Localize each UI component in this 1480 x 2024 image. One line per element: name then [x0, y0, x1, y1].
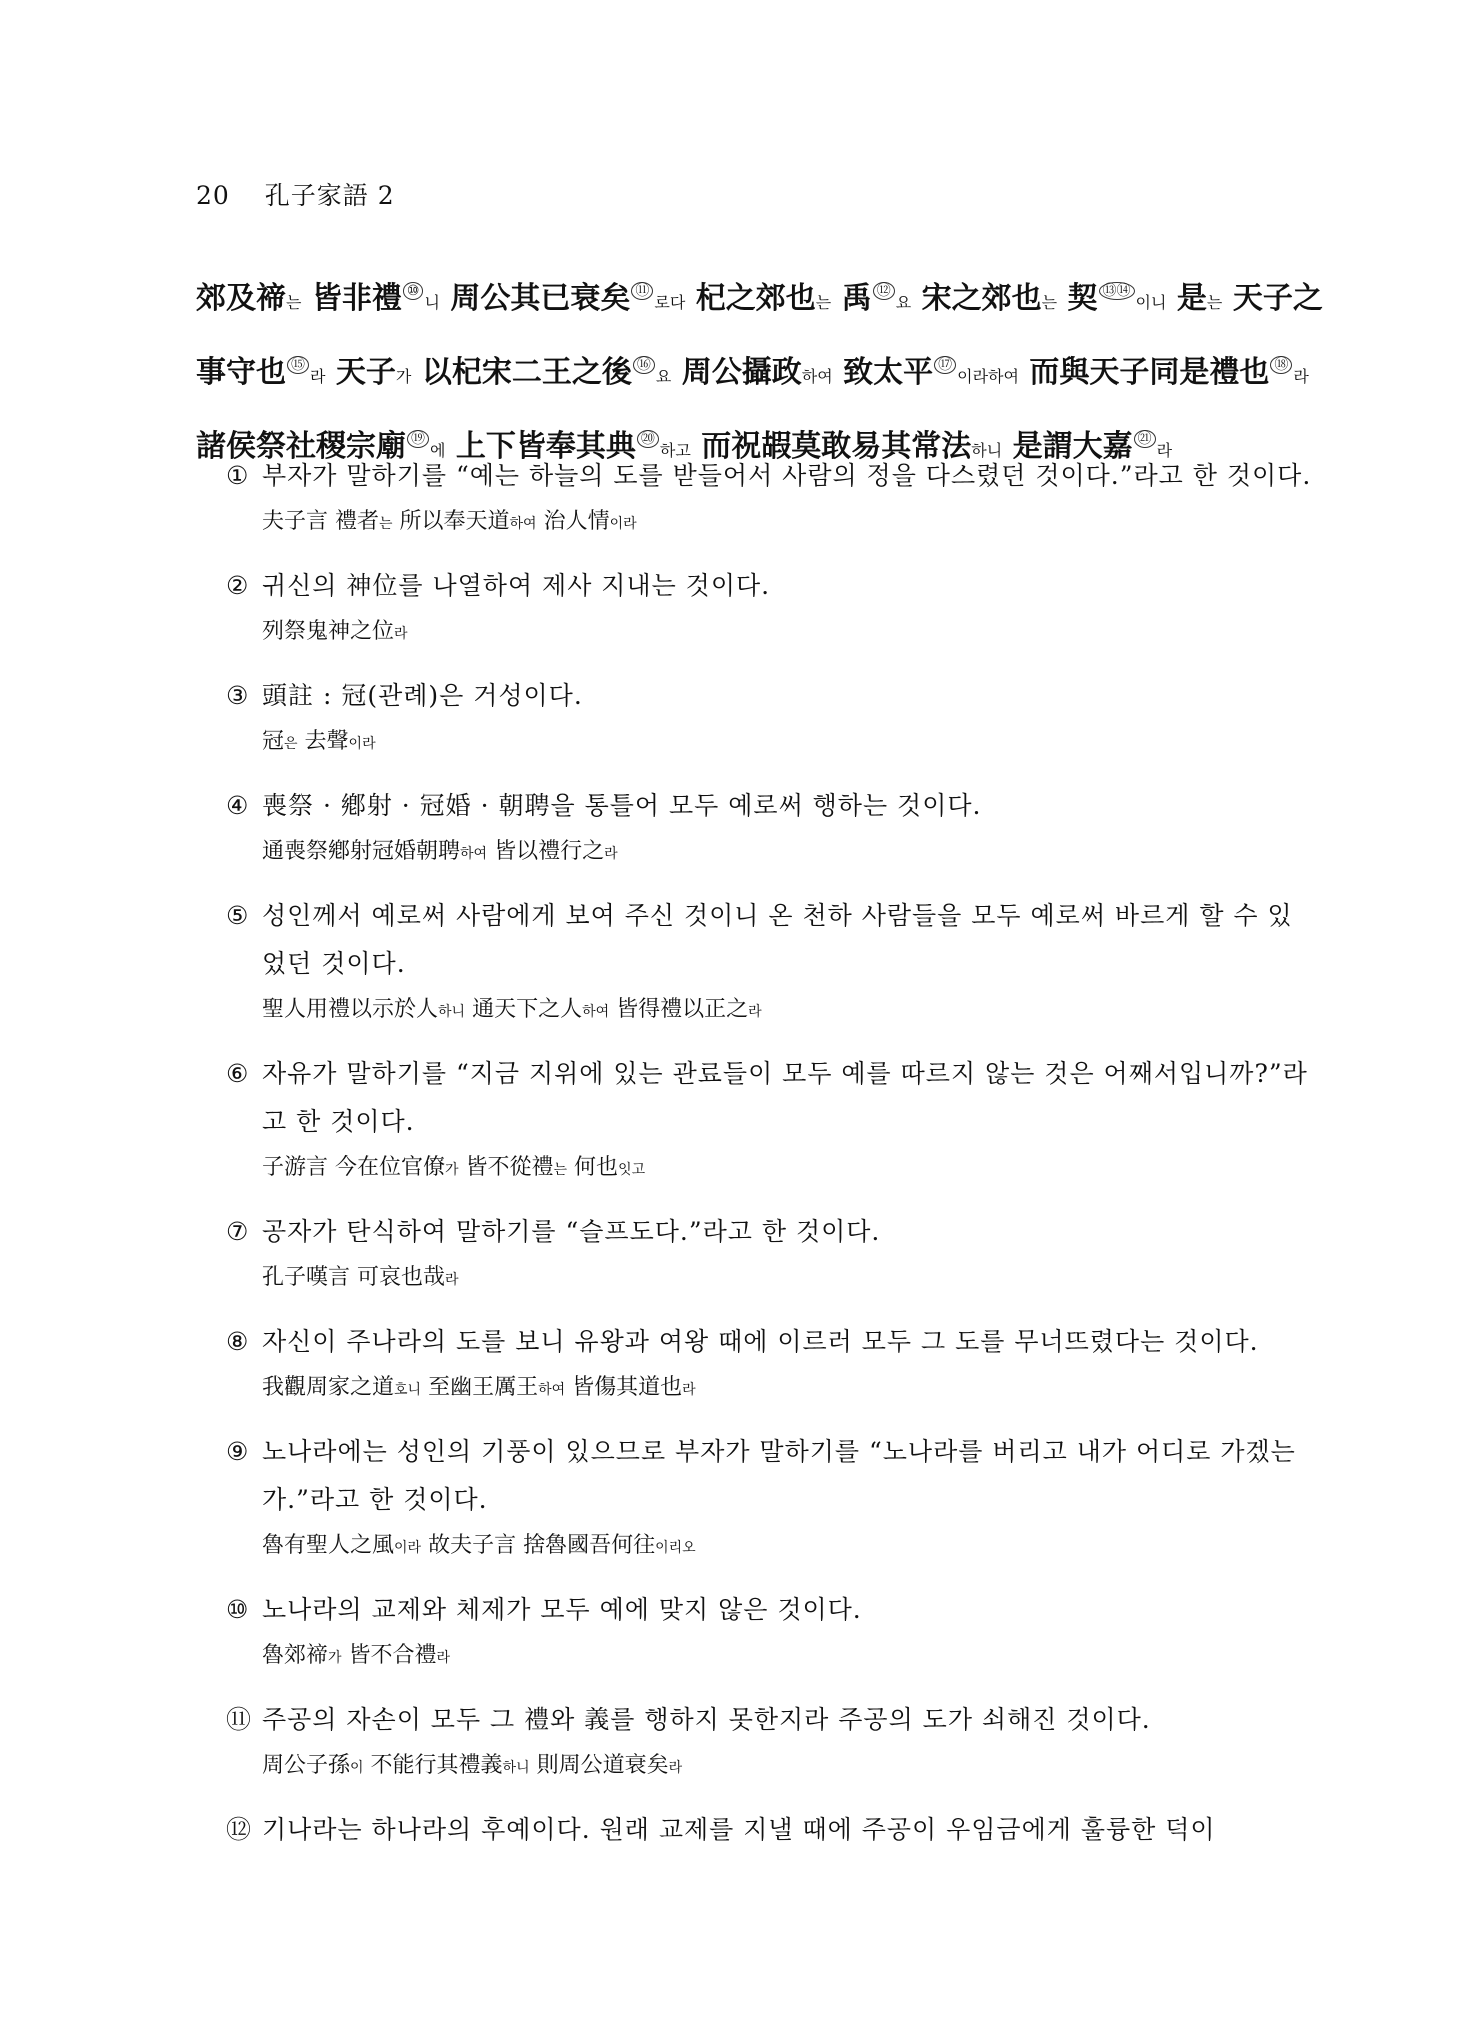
hanja-text: 周公子孫 [262, 1753, 350, 1778]
footnote-number: ④ [226, 782, 262, 830]
footnote-hanja-source: 魯有聖人之風이라 故夫子言 捨魯國吾何往이리오 [226, 1524, 1316, 1570]
hangul-particle: 는 [1042, 293, 1057, 312]
hangul-particle: 하여 [802, 367, 833, 386]
footnote-korean-text: 부자가 말하기를 “예는 하늘의 도를 받들어서 사람의 정을 다스렸던 것이다… [262, 461, 1311, 490]
hanja-text: 通天下之人 [465, 997, 582, 1022]
footnote-item: ①부자가 말하기를 “예는 하늘의 도를 받들어서 사람의 정을 다스렸던 것이… [226, 452, 1316, 546]
hangul-particle: 라 [669, 1760, 683, 1776]
hangul-particle: 라 [310, 367, 325, 386]
footnote-marker: ⑱ [1270, 356, 1292, 374]
hanja-text: 是 [1166, 281, 1206, 316]
hangul-particle: 이라 [610, 516, 637, 532]
hangul-particle: 는 [286, 293, 301, 312]
footnote-korean: ⑥자유가 말하기를 “지금 지위에 있는 관료들이 모두 예를 따르지 않는 것… [226, 1050, 1316, 1146]
main-passage: 郊及禘는 皆非禮⑩니 周公其已衰矣⑪로다 杞之郊也는 禹⑫요 宋之郊也는 契⑬⑭… [196, 260, 1316, 482]
footnote-marker: ⑯ [633, 356, 655, 374]
footnote-korean: ②귀신의 神位를 나열하여 제사 지내는 것이다. [226, 562, 1316, 610]
hanja-text: 皆不合禮 [342, 1643, 437, 1668]
hangul-particle: 가 [396, 367, 411, 386]
hanja-text: 治人情 [537, 509, 610, 534]
hangul-particle: 이리오 [655, 1540, 696, 1556]
footnotes-list: ①부자가 말하기를 “예는 하늘의 도를 받들어서 사람의 정을 다스렸던 것이… [226, 452, 1316, 1870]
footnote-item: ⑥자유가 말하기를 “지금 지위에 있는 관료들이 모두 예를 따르지 않는 것… [226, 1050, 1316, 1192]
hangul-particle: 이라 [394, 1540, 421, 1556]
hanja-text: 魯郊禘 [262, 1643, 328, 1668]
footnote-marker: ⑬⑭ [1099, 282, 1135, 300]
footnote-item: ②귀신의 神位를 나열하여 제사 지내는 것이다.列祭鬼神之位라 [226, 562, 1316, 656]
footnote-korean: ①부자가 말하기를 “예는 하늘의 도를 받들어서 사람의 정을 다스렸던 것이… [226, 452, 1316, 500]
footnote-korean-text: 노나라에는 성인의 기풍이 있으므로 부자가 말하기를 “노나라를 버리고 내가… [262, 1437, 1296, 1514]
footnote-korean-text: 공자가 탄식하여 말하기를 “슬프도다.”라고 한 것이다. [262, 1217, 880, 1246]
footnote-item: ⑧자신이 주나라의 도를 보니 유왕과 여왕 때에 이르러 모두 그 도를 무너… [226, 1318, 1316, 1412]
hangul-particle: 잇고 [618, 1162, 645, 1178]
hangul-particle: 라 [445, 1272, 459, 1288]
footnote-number: ⑫ [226, 1806, 262, 1854]
hangul-particle: 가 [328, 1650, 342, 1666]
footnote-item: ⑫기나라는 하나라의 후예이다. 원래 교제를 지낼 때에 주공이 우임금에게 … [226, 1806, 1316, 1854]
hangul-particle: 하여 [510, 516, 537, 532]
hanja-text: 天子 [325, 355, 395, 390]
footnote-hanja-source: 我觀周家之道호니 至幽王厲王하여 皆傷其道也라 [226, 1366, 1316, 1412]
hanja-text: 聖人用禮以示於人 [262, 997, 438, 1022]
hangul-particle: 하니 [438, 1004, 465, 1020]
footnote-number: ① [226, 452, 262, 500]
hanja-text: 郊及禘 [196, 281, 286, 316]
footnote-hanja-source: 列祭鬼神之位라 [226, 610, 1316, 656]
hangul-particle: 하여 [538, 1382, 565, 1398]
hangul-particle: 하여 [460, 846, 487, 862]
running-header: 20 孔子家語 2 [196, 176, 395, 212]
hanja-text: 則周公道衰矣 [530, 1753, 669, 1778]
hanja-text: 去聲 [298, 729, 349, 754]
footnote-hanja-source: 聖人用禮以示於人하니 通天下之人하여 皆得禮以正之라 [226, 988, 1316, 1034]
footnote-item: ⑩노나라의 교제와 체제가 모두 예에 맞지 않은 것이다.魯郊禘가 皆不合禮라 [226, 1586, 1316, 1680]
hangul-particle: 요 [896, 293, 911, 312]
footnote-hanja-source: 夫子言 禮者는 所以奉天道하여 治人情이라 [226, 500, 1316, 546]
footnote-korean-text: 자신이 주나라의 도를 보니 유왕과 여왕 때에 이르러 모두 그 도를 무너뜨… [262, 1327, 1259, 1356]
footnote-number: ⑥ [226, 1050, 262, 1098]
footnote-korean: ⑨노나라에는 성인의 기풍이 있으므로 부자가 말하기를 “노나라를 버리고 내… [226, 1428, 1316, 1524]
hanja-text: 冠 [262, 729, 284, 754]
footnote-number: ⑦ [226, 1208, 262, 1256]
hanja-text: 何也 [567, 1155, 618, 1180]
hanja-text: 皆以禮行之 [487, 839, 604, 864]
hanja-text: 致太平 [833, 355, 933, 390]
footnote-marker: ⑫ [873, 282, 895, 300]
hanja-text: 至幽王厲王 [421, 1375, 538, 1400]
hanja-text: 魯有聖人之風 [262, 1533, 394, 1558]
footnote-korean: ⑦공자가 탄식하여 말하기를 “슬프도다.”라고 한 것이다. [226, 1208, 1316, 1256]
hanja-text: 夫子言 禮者 [262, 509, 379, 534]
hangul-particle: 라 [394, 626, 408, 642]
footnote-number: ⑪ [226, 1696, 262, 1744]
hanja-text: 我觀周家之道 [262, 1375, 394, 1400]
passage-line: 事守也⑮라 天子가 以杞宋二王之後⑯요 周公攝政하여 致太平⑰이라하여 而與天子… [196, 334, 1316, 408]
hanja-text: 子游言 今在位官僚 [262, 1155, 445, 1180]
footnote-item: ⑦공자가 탄식하여 말하기를 “슬프도다.”라고 한 것이다.孔子嘆言 可哀也哉… [226, 1208, 1316, 1302]
footnote-korean-text: 喪祭 · 鄕射 · 冠婚 · 朝聘을 통틀어 모두 예로써 행하는 것이다. [262, 791, 981, 820]
hangul-particle: 라 [604, 846, 618, 862]
hangul-particle: 라 [1293, 367, 1308, 386]
footnote-korean: ③頭註 : 冠(관례)은 거성이다. [226, 672, 1316, 720]
hanja-text: 通喪祭鄕射冠婚朝聘 [262, 839, 460, 864]
footnote-item: ④喪祭 · 鄕射 · 冠婚 · 朝聘을 통틀어 모두 예로써 행하는 것이다.通… [226, 782, 1316, 876]
footnote-korean: ⑩노나라의 교제와 체제가 모두 예에 맞지 않은 것이다. [226, 1586, 1316, 1634]
footnote-number: ⑤ [226, 892, 262, 940]
footnote-korean: ⑧자신이 주나라의 도를 보니 유왕과 여왕 때에 이르러 모두 그 도를 무너… [226, 1318, 1316, 1366]
hanja-text: 皆得禮以正之 [609, 997, 748, 1022]
footnote-korean-text: 노나라의 교제와 체제가 모두 예에 맞지 않은 것이다. [262, 1595, 862, 1624]
page-number: 20 [196, 181, 230, 210]
hangul-particle: 이 [350, 1760, 364, 1776]
footnote-korean-text: 자유가 말하기를 “지금 지위에 있는 관료들이 모두 예를 따르지 않는 것은… [262, 1059, 1308, 1136]
footnote-hanja-source: 周公子孫이 不能行其禮義하니 則周公道衰矣라 [226, 1744, 1316, 1790]
hanja-text: 故夫子言 捨魯國吾何往 [421, 1533, 655, 1558]
hanja-text: 天子之 [1222, 281, 1322, 316]
footnote-marker: ⑮ [287, 356, 309, 374]
hangul-particle: 는 [1207, 293, 1222, 312]
footnote-marker: ⑲ [407, 430, 429, 448]
hanja-text: 不能行其禮義 [364, 1753, 503, 1778]
hangul-particle: 니 [424, 293, 439, 312]
footnote-hanja-source: 孔子嘆言 可哀也哉라 [226, 1256, 1316, 1302]
footnote-item: ③頭註 : 冠(관례)은 거성이다.冠은 去聲이라 [226, 672, 1316, 766]
hanja-text: 皆非禮 [301, 281, 401, 316]
footnote-marker: ⑩ [403, 282, 424, 300]
hanja-text: 皆傷其道也 [565, 1375, 682, 1400]
passage-line: 郊及禘는 皆非禮⑩니 周公其已衰矣⑪로다 杞之郊也는 禹⑫요 宋之郊也는 契⑬⑭… [196, 260, 1316, 334]
footnote-marker: ⑳ [637, 430, 659, 448]
footnote-hanja-source: 通喪祭鄕射冠婚朝聘하여 皆以禮行之라 [226, 830, 1316, 876]
hangul-particle: 는 [816, 293, 831, 312]
book-title: 孔子家語 2 [265, 181, 395, 210]
hangul-particle: 는 [379, 516, 393, 532]
footnote-korean: ⑫기나라는 하나라의 후예이다. 원래 교제를 지낼 때에 주공이 우임금에게 … [226, 1806, 1316, 1854]
footnote-number: ⑧ [226, 1318, 262, 1366]
hanja-text: 契 [1057, 281, 1097, 316]
footnote-number: ② [226, 562, 262, 610]
footnote-hanja-source: 冠은 去聲이라 [226, 720, 1316, 766]
footnote-korean-text: 성인께서 예로써 사람에게 보여 주신 것이니 온 천하 사람들을 모두 예로써… [262, 901, 1293, 978]
footnote-number: ⑨ [226, 1428, 262, 1476]
footnote-korean-text: 기나라는 하나라의 후예이다. 원래 교제를 지낼 때에 주공이 우임금에게 훌… [262, 1815, 1216, 1844]
hangul-particle: 은 [284, 736, 298, 752]
footnote-hanja-source: 魯郊禘가 皆不合禮라 [226, 1634, 1316, 1680]
footnote-item: ⑪주공의 자손이 모두 그 禮와 義를 행하지 못한지라 주공의 도가 쇠해진 … [226, 1696, 1316, 1790]
hanja-text: 以杞宋二王之後 [411, 355, 631, 390]
hangul-particle: 라 [682, 1382, 696, 1398]
hangul-particle: 로다 [654, 293, 685, 312]
hanja-text: 列祭鬼神之位 [262, 619, 394, 644]
hanja-text: 所以奉天道 [393, 509, 510, 534]
hanja-text: 孔子嘆言 可哀也哉 [262, 1265, 445, 1290]
hanja-text: 杞之郊也 [685, 281, 815, 316]
footnote-korean: ⑪주공의 자손이 모두 그 禮와 義를 행하지 못한지라 주공의 도가 쇠해진 … [226, 1696, 1316, 1744]
hangul-particle: 이니 [1136, 293, 1167, 312]
footnote-hanja-source: 子游言 今在位官僚가 皆不從禮는 何也잇고 [226, 1146, 1316, 1192]
hangul-particle: 요 [656, 367, 671, 386]
hanja-text: 周公其已衰矣 [440, 281, 630, 316]
footnote-item: ⑨노나라에는 성인의 기풍이 있으므로 부자가 말하기를 “노나라를 버리고 내… [226, 1428, 1316, 1570]
hangul-particle: 이라 [349, 736, 376, 752]
footnote-marker: ㉑ [1134, 430, 1156, 448]
hangul-particle: 라 [437, 1650, 451, 1666]
footnote-number: ⑩ [226, 1586, 262, 1634]
hanja-text: 皆不從禮 [459, 1155, 554, 1180]
hanja-text: 宋之郊也 [911, 281, 1041, 316]
hangul-particle: 는 [554, 1162, 568, 1178]
footnote-marker: ⑰ [934, 356, 956, 374]
hangul-particle: 이라하여 [957, 367, 1019, 386]
footnote-korean-text: 귀신의 神位를 나열하여 제사 지내는 것이다. [262, 571, 770, 600]
footnote-marker: ⑪ [631, 282, 653, 300]
hanja-text: 禹 [831, 281, 871, 316]
hangul-particle: 가 [445, 1162, 459, 1178]
hanja-text: 而與天子同是禮也 [1019, 355, 1269, 390]
footnote-number: ③ [226, 672, 262, 720]
hangul-particle: 하여 [582, 1004, 609, 1020]
hangul-particle: 라 [748, 1004, 762, 1020]
footnote-korean: ⑤성인께서 예로써 사람에게 보여 주신 것이니 온 천하 사람들을 모두 예로… [226, 892, 1316, 988]
footnote-korean: ④喪祭 · 鄕射 · 冠婚 · 朝聘을 통틀어 모두 예로써 행하는 것이다. [226, 782, 1316, 830]
footnote-korean-text: 頭註 : 冠(관례)은 거성이다. [262, 681, 583, 710]
hanja-text: 周公攝政 [671, 355, 801, 390]
hangul-particle: 호니 [394, 1382, 421, 1398]
hanja-text: 事守也 [196, 355, 286, 390]
hangul-particle: 하니 [503, 1760, 530, 1776]
footnote-item: ⑤성인께서 예로써 사람에게 보여 주신 것이니 온 천하 사람들을 모두 예로… [226, 892, 1316, 1034]
footnote-korean-text: 주공의 자손이 모두 그 禮와 義를 행하지 못한지라 주공의 도가 쇠해진 것… [262, 1705, 1151, 1734]
